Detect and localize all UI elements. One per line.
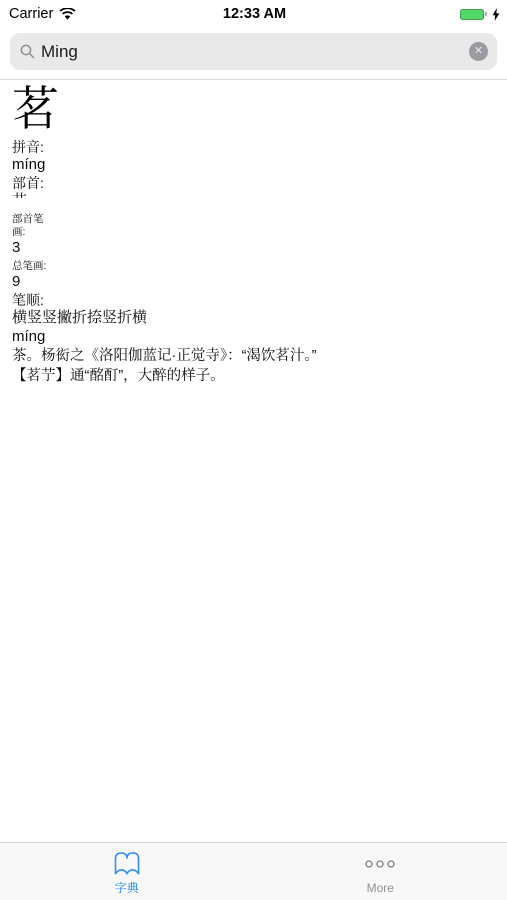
tab-more-label: More: [367, 881, 394, 895]
status-bar: Carrier 12:33 AM: [0, 0, 507, 26]
field-label-radical-strokes: 部首笔画:: [12, 213, 52, 239]
battery-icon: [460, 9, 487, 20]
more-icon: [365, 851, 395, 878]
entry-character: 茗: [12, 82, 495, 138]
field-label-total-strokes: 总笔画:: [12, 260, 52, 273]
definition-line: 【茗艼】通“酩酊”，大醉的样子。: [12, 366, 495, 386]
field-value-radical: 艹: [12, 192, 495, 210]
entry-pronunciation: míng: [12, 327, 495, 346]
field-value-radical-strokes: 3: [12, 239, 495, 257]
dictionary-entry: 茗 拼音: míng 部首: 艹 部首笔画: 3 总笔画: 9 笔顺: 横竖竖撇…: [0, 80, 507, 386]
tab-dictionary-label: 字典: [115, 879, 139, 896]
wifi-icon: [59, 8, 76, 20]
field-value-total-strokes: 9: [12, 273, 495, 291]
definition-line: 茶。杨衒之《洛阳伽蓝记·正觉寺》：“渴饮茗汁。”: [12, 346, 495, 366]
field-value-stroke-order: 横竖竖撇折捺竖折横: [12, 309, 495, 327]
field-value-pinyin: míng: [12, 156, 495, 174]
charging-bolt-icon: [490, 8, 500, 21]
search-bar: ✕: [0, 26, 507, 80]
field-label-stroke-order: 笔顺:: [12, 291, 495, 309]
field-label-pinyin: 拼音:: [12, 138, 495, 156]
search-field[interactable]: ✕: [10, 33, 497, 70]
field-label-radical: 部首:: [12, 174, 495, 192]
tab-bar: 字典 More: [0, 842, 507, 900]
book-icon: [112, 849, 142, 876]
search-icon: [20, 44, 35, 59]
carrier-label: Carrier: [9, 6, 53, 22]
clear-search-button[interactable]: ✕: [469, 42, 488, 61]
search-input[interactable]: [41, 42, 469, 62]
tab-more[interactable]: More: [254, 843, 507, 900]
tab-dictionary[interactable]: 字典: [0, 843, 254, 900]
status-time: 12:33 AM: [159, 6, 350, 22]
